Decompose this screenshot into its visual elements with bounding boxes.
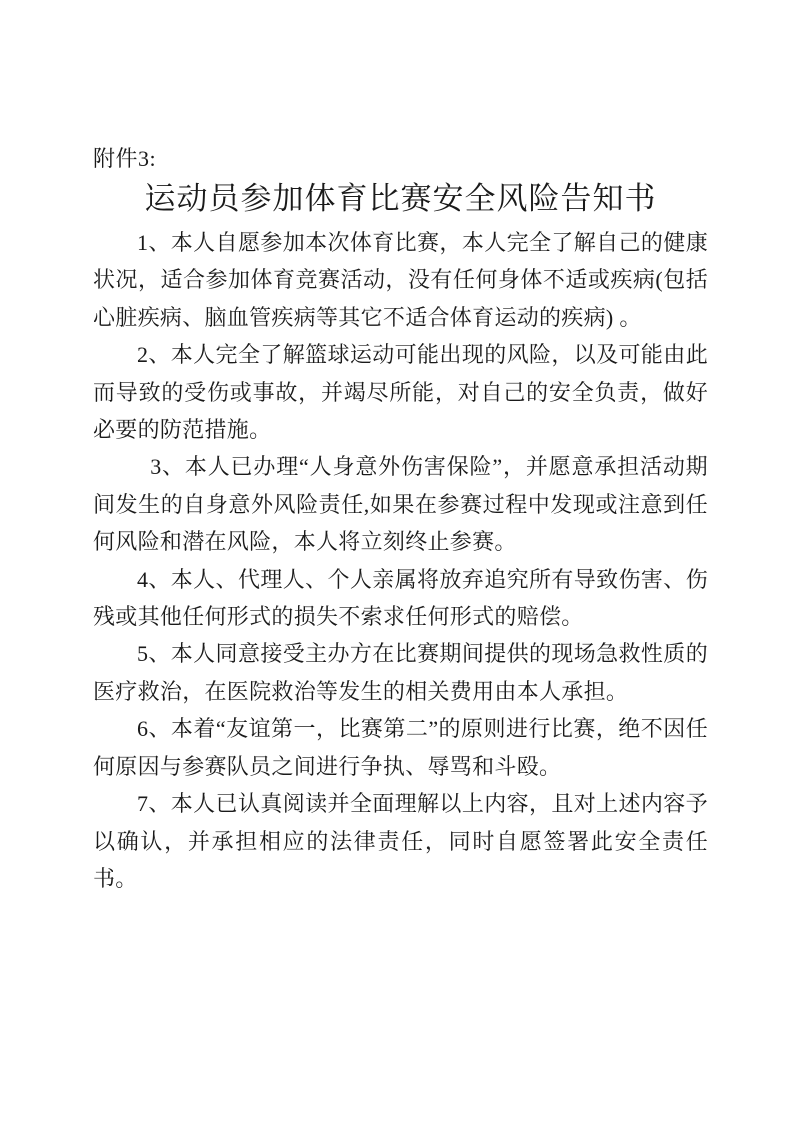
attachment-label: 附件3: [93,146,708,172]
document-title: 运动员参加体育比赛安全风险告知书 [93,178,708,220]
paragraph-6: 6、本着“友谊第一，比赛第二”的原则进行比赛，绝不因任何原因与参赛队员之间进行争… [93,710,708,785]
paragraph-1: 1、本人自愿参加本次体育比赛，本人完全了解自己的健康状况，适合参加体育竞赛活动，… [93,224,708,336]
paragraph-7: 7、本人已认真阅读并全面理解以上内容，且对上述内容予以确认，并承担相应的法律责任… [93,785,708,897]
paragraph-3: 3、本人已办理“人身意外伤害保险”，并愿意承担活动期间发生的自身意外风险责任,如… [93,448,708,560]
document-page: 附件3: 运动员参加体育比赛安全风险告知书 1、本人自愿参加本次体育比赛，本人完… [0,0,793,1122]
paragraph-5: 5、本人同意接受主办方在比赛期间提供的现场急救性质的医疗救治，在医院救治等发生的… [93,635,708,710]
paragraph-2: 2、本人完全了解篮球运动可能出现的风险，以及可能由此而导致的受伤或事故，并竭尽所… [93,336,708,448]
paragraph-4: 4、本人、代理人、个人亲属将放弃追究所有导致伤害、伤残或其他任何形式的损失不索求… [93,561,708,636]
document-body: 1、本人自愿参加本次体育比赛，本人完全了解自己的健康状况，适合参加体育竞赛活动，… [93,224,708,897]
document-content: 附件3: 运动员参加体育比赛安全风险告知书 1、本人自愿参加本次体育比赛，本人完… [0,0,793,897]
